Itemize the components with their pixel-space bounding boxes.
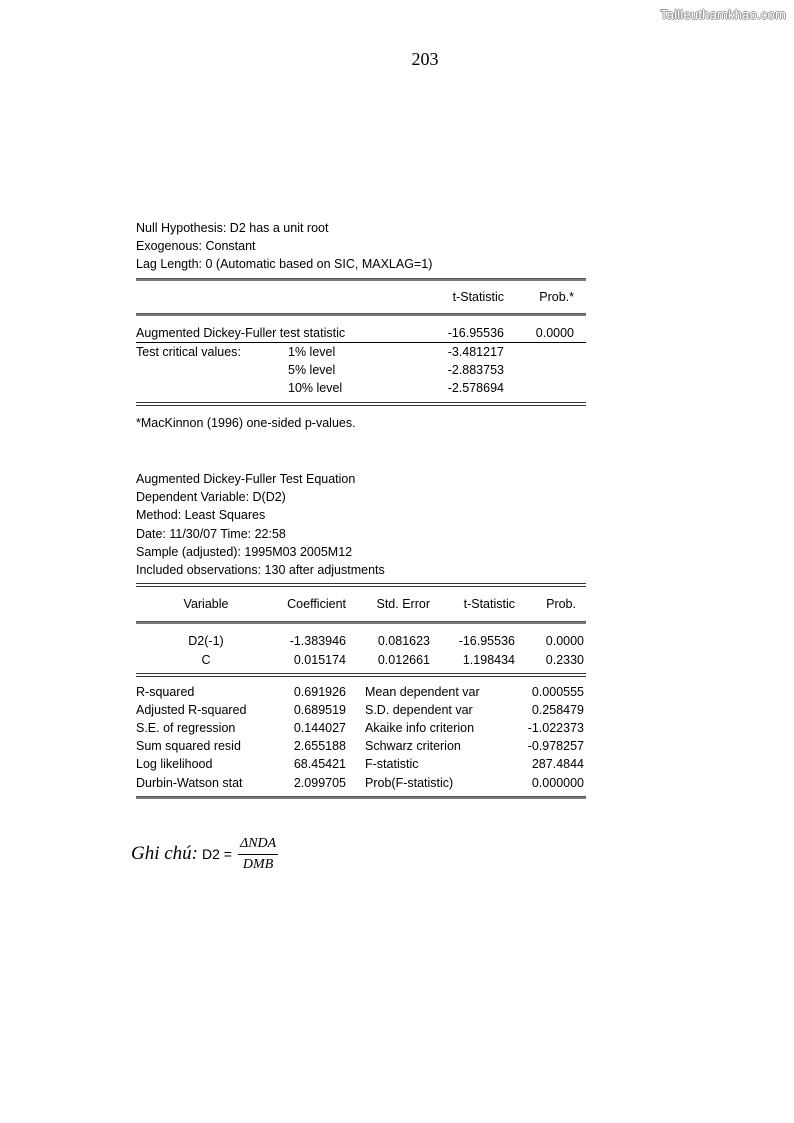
col-variable: Variable xyxy=(156,595,256,613)
stats-row: Log likelihood68.45421F-statistic287.484… xyxy=(136,755,586,773)
stat-value: 0.144027 xyxy=(266,719,346,737)
critical-row: 5% level -2.883753 xyxy=(136,361,586,379)
col-prob: Prob. xyxy=(521,595,576,613)
stat-label: Mean dependent var xyxy=(365,683,480,701)
critical-level: 10% level xyxy=(288,379,342,397)
critical-level: 1% level xyxy=(288,343,335,361)
numerator: ΔNDA xyxy=(238,836,278,855)
stats-row: R-squared0.691926Mean dependent var0.000… xyxy=(136,683,586,701)
stat-label: Sum squared resid xyxy=(136,737,241,755)
std-error: 0.081623 xyxy=(351,632,430,650)
stat-label: Durbin-Watson stat xyxy=(136,774,243,792)
critical-row: Test critical values: 1% level -3.481217 xyxy=(136,343,586,361)
col-prob: Prob.* xyxy=(516,288,574,306)
fraction: ΔNDA DMB xyxy=(238,836,278,873)
note-lhs: D2 = xyxy=(202,846,232,862)
stat-label: S.D. dependent var xyxy=(365,701,473,719)
coefficient: -1.383946 xyxy=(266,632,346,650)
t-statistic: -16.95536 xyxy=(436,632,515,650)
method: Method: Least Squares xyxy=(136,506,586,524)
critical-level: 5% level xyxy=(288,361,335,379)
stat-label: Akaike info criterion xyxy=(365,719,474,737)
stat-value: 0.689519 xyxy=(266,701,346,719)
unit-root-test: Null Hypothesis: D2 has a unit root Exog… xyxy=(136,219,586,432)
stat-value: 0.258479 xyxy=(506,701,584,719)
adf-prob: 0.0000 xyxy=(516,324,574,342)
stat-value: -1.022373 xyxy=(506,719,584,737)
included-observations: Included observations: 130 after adjustm… xyxy=(136,561,586,579)
stat-label: S.E. of regression xyxy=(136,719,235,737)
table-rule xyxy=(136,402,586,406)
variable-name: D2(-1) xyxy=(156,632,256,650)
prob: 0.0000 xyxy=(521,632,584,650)
equation-title: Augmented Dickey-Fuller Test Equation xyxy=(136,470,586,488)
stat-value: 287.4844 xyxy=(506,755,584,773)
table-rule xyxy=(136,796,586,799)
col-coefficient: Coefficient xyxy=(266,595,346,613)
adf-t-stat: -16.95536 xyxy=(426,324,504,342)
sample: Sample (adjusted): 1995M03 2005M12 xyxy=(136,543,586,561)
stat-value: 0.691926 xyxy=(266,683,346,701)
stat-label: Schwarz criterion xyxy=(365,737,461,755)
page-number: 203 xyxy=(0,49,794,70)
stats-row: S.E. of regression0.144027Akaike info cr… xyxy=(136,719,586,737)
stats-row: Durbin-Watson stat2.099705Prob(F-statist… xyxy=(136,774,586,792)
col-t-statistic: t-Statistic xyxy=(426,288,504,306)
footnote: *MacKinnon (1996) one-sided p-values. xyxy=(136,414,586,432)
table-row: C 0.015174 0.012661 1.198434 0.2330 xyxy=(136,651,586,669)
lag-length: Lag Length: 0 (Automatic based on SIC, M… xyxy=(136,255,586,273)
stats-row: Adjusted R-squared0.689519S.D. dependent… xyxy=(136,701,586,719)
critical-value: -2.578694 xyxy=(426,379,504,397)
coefficient: 0.015174 xyxy=(266,651,346,669)
adf-label: Augmented Dickey-Fuller test statistic xyxy=(136,324,345,342)
stat-label: Log likelihood xyxy=(136,755,212,773)
dependent-variable: Dependent Variable: D(D2) xyxy=(136,488,586,506)
stat-label: F-statistic xyxy=(365,755,418,773)
prob: 0.2330 xyxy=(521,651,584,669)
col-t-statistic: t-Statistic xyxy=(436,595,515,613)
stat-value: 68.45421 xyxy=(266,755,346,773)
stat-value: -0.978257 xyxy=(506,737,584,755)
test-equation: Augmented Dickey-Fuller Test Equation De… xyxy=(136,470,586,799)
critical-value: -2.883753 xyxy=(426,361,504,379)
exogenous: Exogenous: Constant xyxy=(136,237,586,255)
table-rule xyxy=(136,278,586,281)
null-hypothesis: Null Hypothesis: D2 has a unit root xyxy=(136,219,586,237)
t-statistic: 1.198434 xyxy=(436,651,515,669)
stat-label: Adjusted R-squared xyxy=(136,701,246,719)
table-header: t-Statistic Prob.* xyxy=(136,288,586,306)
std-error: 0.012661 xyxy=(351,651,430,669)
variable-name: C xyxy=(156,651,256,669)
critical-row: 10% level -2.578694 xyxy=(136,379,586,397)
stat-value: 2.099705 xyxy=(266,774,346,792)
stats-row: Sum squared resid2.655188Schwarz criteri… xyxy=(136,737,586,755)
stat-value: 2.655188 xyxy=(266,737,346,755)
adf-statistic-row: Augmented Dickey-Fuller test statistic -… xyxy=(136,324,586,342)
col-std-error: Std. Error xyxy=(351,595,430,613)
table-row: D2(-1) -1.383946 0.081623 -16.95536 0.00… xyxy=(136,632,586,650)
date-time: Date: 11/30/07 Time: 22:58 xyxy=(136,525,586,543)
note: Ghi chú: D2 = ΔNDA DMB xyxy=(131,832,278,876)
denominator: DMB xyxy=(243,855,273,873)
stat-label: Prob(F-statistic) xyxy=(365,774,453,792)
watermark: Tailieuthamkhao.com xyxy=(660,7,786,22)
critical-value: -3.481217 xyxy=(426,343,504,361)
stat-value: 0.000000 xyxy=(506,774,584,792)
stat-value: 0.000555 xyxy=(506,683,584,701)
table-rule xyxy=(136,313,586,316)
stat-label: R-squared xyxy=(136,683,194,701)
note-label: Ghi chú: xyxy=(131,843,198,865)
table-rule xyxy=(136,583,586,587)
critical-label: Test critical values: xyxy=(136,343,241,361)
table-header: Variable Coefficient Std. Error t-Statis… xyxy=(136,595,586,613)
